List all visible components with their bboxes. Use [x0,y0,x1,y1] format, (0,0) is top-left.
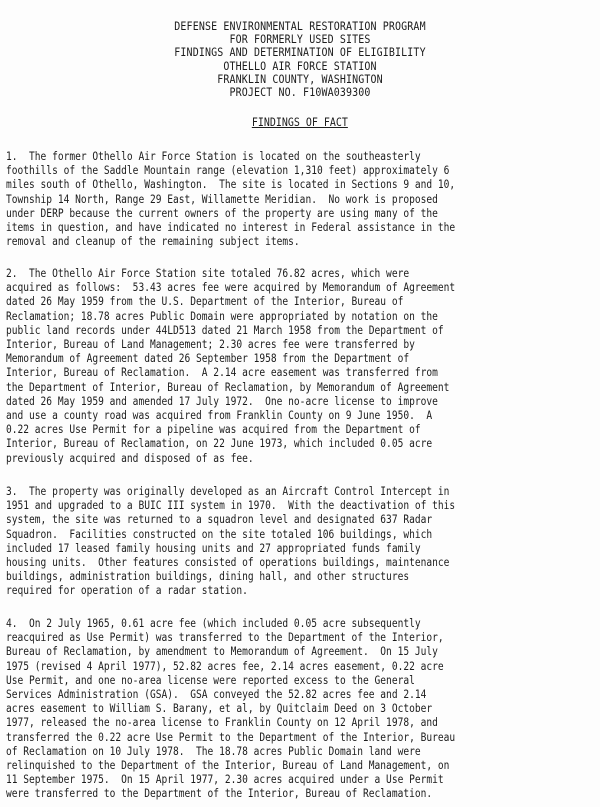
paragraph-line: Bureau of Reclamation, by amendment to M… [6,644,496,658]
paragraph-line: required for operation of a radar statio… [6,583,496,597]
paragraph-line: Services Administration (GSA). GSA conve… [6,687,496,701]
paragraph-line: the Department of Interior, Bureau of Re… [6,380,496,394]
section-title-text: FINDINGS OF FACT [252,116,348,129]
paragraph-line: 1977, released the no-area license to Fr… [6,715,496,729]
paragraph-line: Interior, Bureau of Reclamation. A 2.14 … [6,365,496,379]
paragraph-line: dated 26 May 1959 and amended 17 July 19… [6,394,496,408]
paragraph-line: were transferred to the Department of th… [6,786,496,800]
paragraph-line: Interior, Bureau of Reclamation, on 22 J… [6,436,496,450]
document-page: DEFENSE ENVIRONMENTAL RESTORATION PROGRA… [0,0,600,807]
paragraph-line: housing units. Other features consisted … [6,555,496,569]
paragraph-line: miles south of Othello, Washington. The … [6,177,496,191]
paragraph-line: Township 14 North, Range 29 East, Willam… [6,192,496,206]
paragraph-line: 2. The Othello Air Force Station site to… [6,266,496,280]
paragraph-line: 1. The former Othello Air Force Station … [6,149,496,163]
paragraph-line: under DERP because the current owners of… [6,206,496,220]
paragraph-line: Memorandum of Agreement dated 26 Septemb… [6,351,496,365]
paragraph-line: buildings, administration buildings, din… [6,569,496,583]
paragraph-line: previously acquired and disposed of as f… [6,451,496,465]
paragraph-4: 4. On 2 July 1965, 0.61 acre fee (which … [6,616,600,801]
paragraph-line: 0.22 acres Use Permit for a pipeline was… [6,422,496,436]
paragraph-line: acres easement to William S. Barany, et … [6,701,496,715]
paragraph-line: Use Permit, and one no-area license were… [6,673,496,687]
paragraph-line: 3. The property was originally developed… [6,484,496,498]
document-header: DEFENSE ENVIRONMENTAL RESTORATION PROGRA… [0,20,600,99]
paragraph-line: transferred the 0.22 acre Use Permit to … [6,730,496,744]
paragraph-line: 4. On 2 July 1965, 0.61 acre fee (which … [6,616,496,630]
paragraph-line: removal and cleanup of the remaining sub… [6,234,496,248]
paragraph-line: relinquished to the Department of the In… [6,758,496,772]
paragraph-line: included 17 leased family housing units … [6,541,496,555]
paragraph-1: 1. The former Othello Air Force Station … [6,149,600,248]
paragraph-line: public land records under 44LD513 dated … [6,323,496,337]
paragraph-line: Squadron. Facilities constructed on the … [6,527,496,541]
paragraph-2: 2. The Othello Air Force Station site to… [6,266,600,465]
paragraph-line: Reclamation; 18.78 acres Public Domain w… [6,309,496,323]
paragraph-line: system, the site was returned to a squad… [6,512,496,526]
section-title: FINDINGS OF FACT [0,116,600,129]
paragraph-3: 3. The property was originally developed… [6,484,600,598]
paragraph-line: Interior, Bureau of Land Management; 2.3… [6,337,496,351]
header-project-number: PROJECT NO. F10WA039300 [42,86,558,99]
paragraph-line: acquired as follows: 53.43 acres fee wer… [6,280,496,294]
paragraph-line: items in question, and have indicated no… [6,220,496,234]
paragraph-line: dated 26 May 1959 from the U.S. Departme… [6,294,496,308]
paragraph-line: foothills of the Saddle Mountain range (… [6,163,496,177]
paragraph-line: reacquired as Use Permit) was transferre… [6,630,496,644]
paragraph-line: of Reclamation on 10 July 1978. The 18.7… [6,744,496,758]
paragraph-line: and use a county road was acquired from … [6,408,496,422]
paragraph-line: 1975 (revised 4 April 1977), 52.82 acres… [6,659,496,673]
paragraph-line: 11 September 1975. On 15 April 1977, 2.3… [6,772,496,786]
paragraph-line: 1951 and upgraded to a BUIC III system i… [6,498,496,512]
